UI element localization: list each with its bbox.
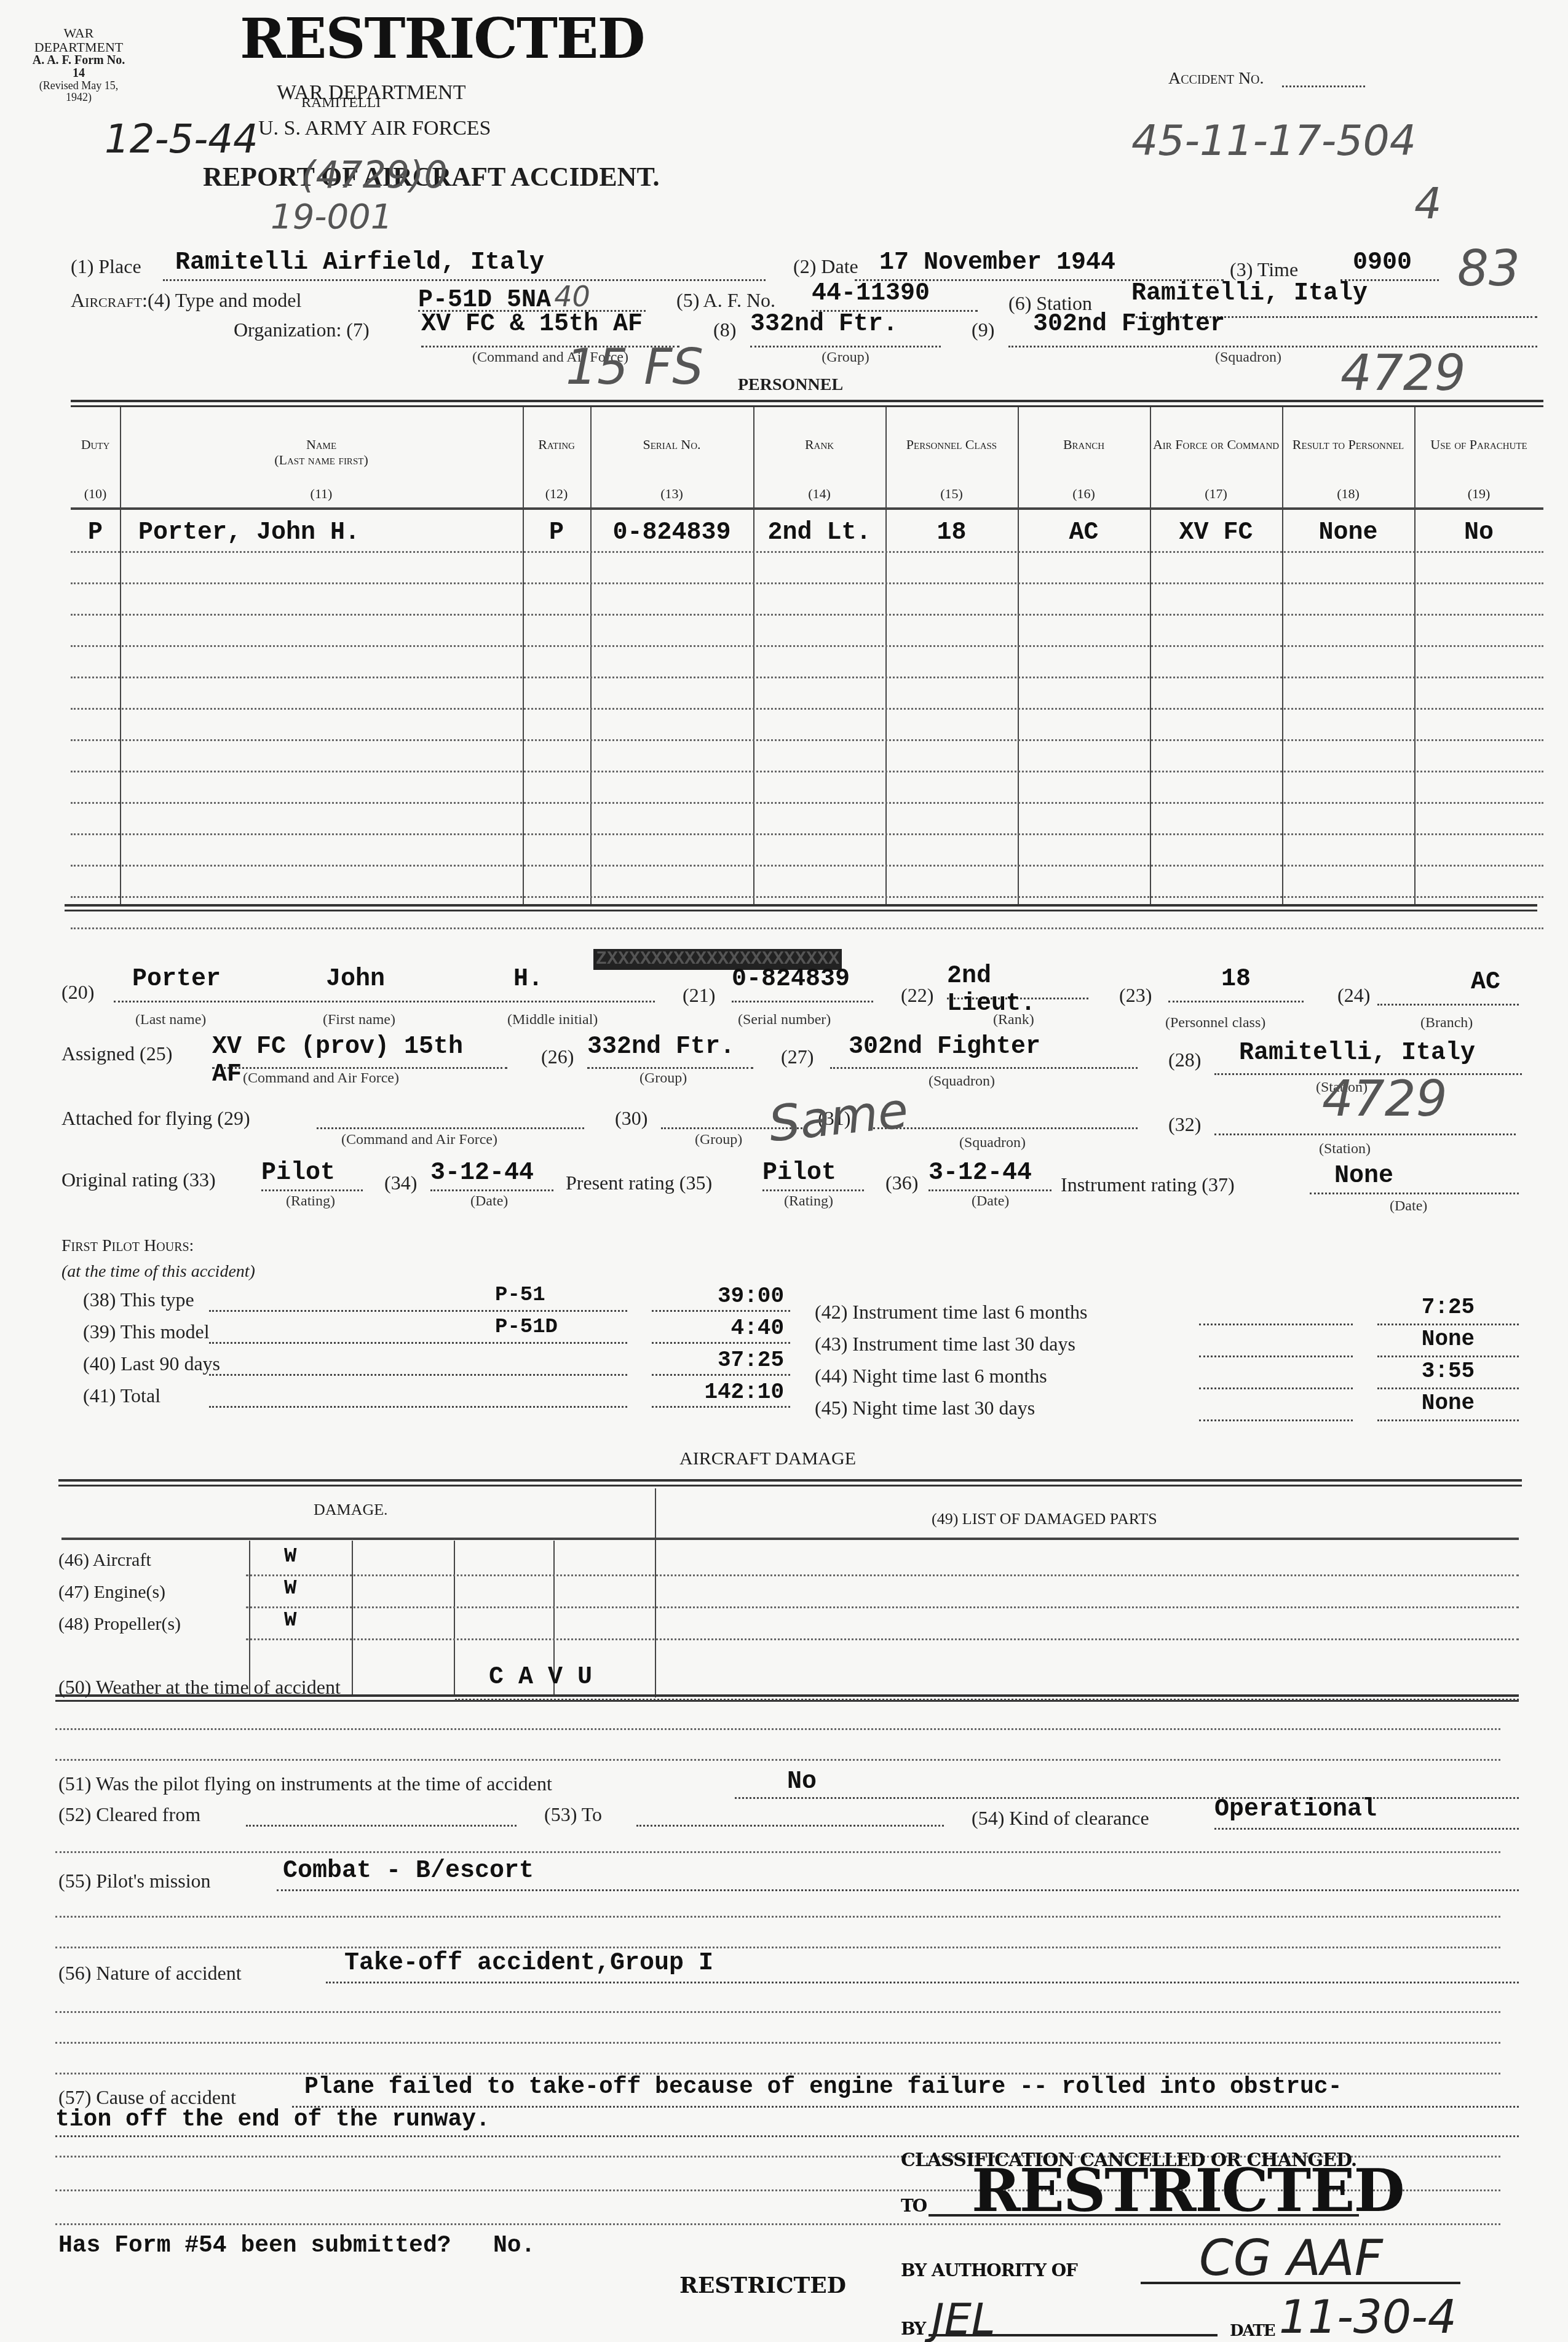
- instruments-value: No: [787, 1768, 817, 1796]
- hours-left-label: (41) Total: [83, 1384, 160, 1407]
- date-value: 17 November 1944: [879, 249, 1115, 277]
- af-no-label: (5) A. F. No.: [676, 289, 775, 312]
- orig-rating-field[interactable]: Pilot: [261, 1159, 363, 1191]
- damage-title: AIRCRAFT DAMAGE: [679, 1448, 856, 1469]
- damage-row-rule: [246, 1606, 1519, 1608]
- personnel-column-divider: [1282, 407, 1283, 904]
- station-value: Ramitelli, Italy: [1131, 280, 1368, 308]
- personnel-column-header: Duty: [71, 437, 120, 452]
- personnel-column-divider: [523, 407, 524, 904]
- personnel-row-rule: [71, 708, 1543, 710]
- hours-left-label: (40) Last 90 days: [83, 1352, 220, 1375]
- instrument-rating-field[interactable]: None: [1310, 1162, 1519, 1194]
- assigned-station-value: Ramitelli, Italy: [1239, 1039, 1475, 1067]
- hours-right-value: None: [1422, 1391, 1475, 1416]
- weather-field[interactable]: C A V U: [455, 1664, 1519, 1701]
- by-label: BY: [901, 2319, 925, 2339]
- time-value: 0900: [1353, 249, 1412, 277]
- rule: [55, 2011, 1500, 2013]
- personnel-column-number: (13): [590, 486, 753, 501]
- sub-serial: (Serial number): [738, 1012, 831, 1028]
- personnel-row-rule: [71, 582, 1543, 584]
- personnel-column-number: (15): [885, 486, 1018, 501]
- damage-col-2: [352, 1541, 353, 1694]
- group-field[interactable]: 332nd Ftr.: [750, 311, 941, 347]
- assigned-group-field[interactable]: 332nd Ftr.: [587, 1033, 753, 1069]
- hours-left-value: 37:25: [718, 1348, 784, 1373]
- personnel-column-divider: [1150, 407, 1151, 904]
- personnel-column-divider: [753, 407, 754, 904]
- serial-field[interactable]: 0-824839: [732, 966, 873, 1002]
- aircraft-label: Aircraft:: [71, 289, 148, 312]
- type-hand: 40: [554, 280, 590, 313]
- personnel-row-rule: [71, 677, 1543, 678]
- personnel-row-rule: [71, 645, 1543, 647]
- hours-left-label: (38) This type: [83, 1288, 194, 1311]
- handwritten-fs: 15 FS: [566, 338, 703, 395]
- hours-left-value: 4:40: [731, 1316, 784, 1341]
- rank-field[interactable]: 2nd Lieut.: [947, 963, 1088, 999]
- orig-date-label: (34): [384, 1172, 417, 1194]
- authority-label: BY AUTHORITY OF: [901, 2260, 1077, 2280]
- rule: [55, 1759, 1500, 1761]
- personnel-cell[interactable]: 18: [885, 519, 1018, 547]
- hours-left-dots: [209, 1327, 627, 1344]
- restricted-stamp-bottom: RESTRICTED: [679, 2273, 846, 2298]
- serial-value: 0-824839: [732, 966, 850, 993]
- cause-field-line1[interactable]: Plane failed to take-off because of engi…: [292, 2074, 1519, 2108]
- present-date-value: 3-12-44: [929, 1159, 1032, 1187]
- present-date-label: (36): [885, 1172, 918, 1194]
- sub-assigned-squadron: (Squadron): [929, 1073, 995, 1090]
- orig-rating-value: Pilot: [261, 1159, 335, 1187]
- instrument-rating-value: None: [1334, 1162, 1393, 1190]
- nature-field[interactable]: Take-off accident,Group I: [326, 1950, 1519, 1983]
- handwritten-accident-no: 45-11-17-504: [1131, 117, 1416, 165]
- handwritten-ref1: (4729)0: [301, 154, 448, 197]
- to-field[interactable]: [636, 1805, 944, 1827]
- assigned-squadron-field[interactable]: 302nd Fighter: [830, 1033, 1138, 1069]
- attached-command-field[interactable]: [317, 1107, 584, 1129]
- hours-left-dots: [209, 1359, 627, 1376]
- personnel-column-header: Air Force or Command: [1150, 437, 1282, 452]
- to-line: [929, 2214, 1359, 2217]
- instruments-field[interactable]: No: [735, 1768, 1519, 1799]
- personnel-cell[interactable]: XV FC: [1150, 519, 1282, 547]
- branch-label: (24): [1337, 984, 1370, 1007]
- sub-last-name: (Last name): [135, 1012, 206, 1028]
- personnel-cell[interactable]: No: [1414, 519, 1543, 547]
- handwritten-same: Same: [766, 1081, 911, 1153]
- time-field[interactable]: 0900: [1340, 249, 1439, 281]
- form-id-block: WAR DEPARTMENT A. A. F. Form No. 14 (Rev…: [30, 26, 128, 103]
- rank-value: 2nd Lieut.: [947, 963, 1035, 1018]
- personnel-column-divider: [590, 407, 592, 904]
- sub-assigned-command: (Command and Air Force): [243, 1070, 399, 1087]
- personnel-row-rule: [71, 739, 1543, 741]
- sub-attached-station: (Station): [1319, 1141, 1371, 1157]
- present-rating-value: Pilot: [762, 1159, 836, 1187]
- attached-squadron-field[interactable]: [873, 1107, 1138, 1129]
- assigned-group-value: 332nd Ftr.: [587, 1033, 735, 1061]
- damage-row-value[interactable]: W: [284, 1545, 296, 1568]
- orig-date-field[interactable]: 3-12-44: [430, 1159, 553, 1191]
- attached-30-label: (30): [615, 1107, 647, 1130]
- rule: [55, 1728, 1500, 1730]
- hours-left-value: 142:10: [704, 1379, 784, 1405]
- cause-field-line2[interactable]: tion off the end of the runway.: [55, 2106, 1519, 2137]
- weather-value: C A V U: [489, 1664, 592, 1691]
- class-value: 18: [1221, 966, 1251, 993]
- squadron-value: 302nd Fighter: [1033, 311, 1225, 338]
- cleared-from-label: (52) Cleared from: [58, 1803, 200, 1826]
- clearance-label: (54) Kind of clearance: [972, 1807, 1149, 1830]
- branch-value: AC: [1471, 969, 1500, 996]
- last-name-value: Porter: [132, 966, 221, 993]
- sub-rank: (Rank): [993, 1012, 1034, 1028]
- attached-label: Attached for flying (29): [61, 1107, 250, 1130]
- personnel-column-header: Serial No.: [590, 437, 753, 452]
- hours-right-dots: [1199, 1340, 1353, 1357]
- personnel-column-divider: [885, 407, 887, 904]
- accident-no-label: Accident No.: [1168, 69, 1264, 89]
- instruments-label: (51) Was the pilot flying on instruments…: [58, 1772, 552, 1795]
- authority-signature: CG AAF: [1199, 2229, 1383, 2287]
- form-revised: (Revised May 15, 1942): [30, 80, 128, 103]
- rule: [55, 1916, 1500, 1918]
- nature-label: (56) Nature of accident: [58, 1962, 242, 1985]
- form-number: A. A. F. Form No. 14: [30, 54, 128, 80]
- hours-right-value-field[interactable]: None: [1377, 1327, 1519, 1357]
- hours-left-dots: [209, 1391, 627, 1408]
- damage-row-value[interactable]: W: [284, 1577, 296, 1600]
- hours-right-label: (43) Instrument time last 30 days: [815, 1333, 1075, 1356]
- sub-instrument-date: (Date): [1390, 1198, 1427, 1215]
- squadron-sub: (Squadron): [1162, 349, 1334, 366]
- clearance-value: Operational: [1214, 1796, 1377, 1824]
- hours-right-label: (45) Night time last 30 days: [815, 1397, 1035, 1419]
- personnel-column-divider: [1018, 407, 1019, 904]
- rule: [55, 2042, 1500, 2044]
- hours-right-value: None: [1422, 1327, 1475, 1352]
- personnel-top-border: [71, 400, 1543, 407]
- hours-right-value: 3:55: [1422, 1359, 1475, 1384]
- damage-row-label: (48) Propeller(s): [58, 1614, 181, 1635]
- group-label: (8): [713, 319, 736, 341]
- personnel-column-number: (10): [71, 486, 120, 501]
- form54-question: Has Form #54 been submitted? No.: [58, 2233, 535, 2259]
- personnel-cell[interactable]: P: [71, 519, 120, 547]
- restricted-stamp-top: RESTRICTED: [240, 6, 644, 71]
- sub-first-name: (First name): [323, 1012, 395, 1028]
- parts-header: (49) LIST OF DAMAGED PARTS: [932, 1510, 1157, 1528]
- mission-field[interactable]: Combat - B/escort: [277, 1857, 1519, 1891]
- assigned-squadron-label: (27): [781, 1046, 814, 1068]
- sub-middle: (Middle initial): [507, 1012, 598, 1028]
- orig-rating-label: Original rating (33): [61, 1169, 216, 1191]
- by-line: [929, 2334, 1218, 2336]
- personnel-cell[interactable]: None: [1282, 519, 1414, 547]
- damage-top-border: [58, 1479, 1522, 1487]
- personnel-column-number: (12): [523, 486, 590, 501]
- command-value: XV FC & 15th AF: [421, 311, 643, 338]
- weather-label: (50) Weather at the time of accident: [58, 1676, 341, 1699]
- handwritten-ref2: 19-001: [271, 197, 392, 237]
- cause-value-line1: Plane failed to take-off because of engi…: [304, 2074, 1342, 2100]
- personnel-column-number: (18): [1282, 486, 1414, 501]
- personnel-column-number: (16): [1018, 486, 1150, 501]
- handwritten-date: 12-5-44: [105, 117, 258, 162]
- af-no-value: 44-11390: [812, 280, 930, 308]
- personnel-cell[interactable]: Porter, John H.: [120, 519, 523, 547]
- personnel-column-header: Personnel Class: [885, 437, 1018, 452]
- hours-left-value-field[interactable]: 37:25: [652, 1348, 790, 1376]
- hours-right-value-field[interactable]: None: [1377, 1391, 1519, 1421]
- hours-subtitle: (at the time of this accident): [61, 1262, 255, 1282]
- personnel-column-header: Use of Parachute: [1414, 437, 1543, 452]
- place-label: (1) Place: [71, 255, 141, 278]
- personnel-column-header: Rating: [523, 437, 590, 452]
- hours-right-dots: [1199, 1404, 1353, 1421]
- service-heading: U. S. ARMY AIR FORCES: [258, 117, 491, 140]
- group-value: 332nd Ftr.: [750, 311, 898, 338]
- sub-orig-rating: (Rating): [286, 1193, 335, 1210]
- damage-row-rule: [246, 1638, 1519, 1640]
- personnel-column-header: Rank: [753, 437, 885, 452]
- hours-right-value: 7:25: [1422, 1295, 1475, 1320]
- branch-field[interactable]: AC: [1377, 969, 1519, 1006]
- date-field[interactable]: 17 November 1944: [855, 249, 1224, 281]
- hours-right-dots: [1199, 1372, 1353, 1389]
- personnel-row-rule: [71, 614, 1543, 616]
- orig-date-value: 3-12-44: [430, 1159, 534, 1187]
- assigned-label: Assigned (25): [61, 1042, 172, 1065]
- date-label-footer: DATE: [1230, 2322, 1274, 2340]
- personnel-row-rule: [71, 551, 1543, 553]
- damage-row-label: (46) Aircraft: [58, 1550, 151, 1571]
- rule: [55, 1947, 1500, 1948]
- personnel-header-rule: [71, 507, 1543, 510]
- organization-label: Organization: (7): [234, 319, 370, 341]
- hours-left-dots: [209, 1295, 627, 1312]
- sub-attached-command: (Command and Air Force): [341, 1132, 497, 1148]
- damage-header: DAMAGE.: [314, 1501, 388, 1519]
- personnel-column-number: (11): [120, 486, 523, 501]
- serial-label: (21): [683, 984, 715, 1007]
- date-signature: 11-30-4: [1279, 2291, 1457, 2342]
- instrument-rating-label: Instrument rating (37): [1061, 1173, 1235, 1196]
- damage-col-1: [249, 1541, 250, 1694]
- cause-label: (57) Cause of accident: [58, 2086, 236, 2109]
- personnel-column-number: (17): [1150, 486, 1282, 501]
- hours-right-dots: [1199, 1308, 1353, 1325]
- cause-value-line2: tion off the end of the runway.: [55, 2106, 490, 2133]
- personnel-column-header: Result to Personnel: [1282, 437, 1414, 452]
- present-rating-label: Present rating (35): [566, 1172, 712, 1194]
- mission-label: (55) Pilot's mission: [58, 1870, 211, 1892]
- hours-left-value-field[interactable]: 4:40: [652, 1316, 790, 1344]
- nature-value: Take-off accident,Group I: [344, 1950, 713, 1977]
- class-label: (23): [1119, 984, 1152, 1007]
- personnel-column-divider: [1414, 407, 1416, 904]
- rank-label: (22): [901, 984, 933, 1007]
- damage-header-rule: [61, 1538, 1519, 1540]
- type-field[interactable]: P-51D 5NA 40: [418, 280, 646, 312]
- hours-right-value-field[interactable]: 3:55: [1377, 1359, 1519, 1389]
- mission-value: Combat - B/escort: [283, 1857, 534, 1885]
- assigned-group-label: (26): [541, 1046, 574, 1068]
- handwritten-4729: 4729: [1322, 1070, 1447, 1127]
- personnel-title: PERSONNEL: [738, 375, 843, 395]
- cleared-from-field[interactable]: [246, 1805, 517, 1827]
- sub-attached-group: (Group): [695, 1132, 742, 1148]
- clearance-field[interactable]: Operational: [1214, 1796, 1519, 1830]
- hours-right-label: (42) Instrument time last 6 months: [815, 1301, 1088, 1324]
- hours-right-value-field[interactable]: 7:25: [1377, 1295, 1519, 1325]
- personnel-row-rule: [71, 896, 1543, 898]
- hours-left-value: 39:00: [718, 1284, 784, 1309]
- personnel-cell[interactable]: P: [523, 519, 590, 547]
- form-dept: WAR DEPARTMENT: [30, 26, 128, 54]
- group-sub: (Group): [750, 349, 941, 366]
- handwritten-page: 4: [1414, 178, 1442, 229]
- sub-assigned-group: (Group): [639, 1070, 687, 1087]
- attached-32-label: (32): [1168, 1113, 1201, 1136]
- personnel-cell[interactable]: 2nd Lt.: [753, 519, 885, 547]
- middle-initial-value: H.: [513, 966, 543, 993]
- accident-no-field[interactable]: [1282, 80, 1365, 87]
- personnel-row-rule: [71, 865, 1543, 867]
- sub-present-date: (Date): [972, 1193, 1009, 1210]
- to-label: (53) To: [544, 1803, 602, 1826]
- sub-class: (Personnel class): [1165, 1015, 1265, 1031]
- sub-orig-date: (Date): [470, 1193, 508, 1210]
- handwritten-squadron-code: 4729: [1340, 344, 1466, 402]
- personnel-row-rule: [71, 802, 1543, 804]
- assigned-command-field[interactable]: XV FC (prov) 15th AF: [212, 1033, 507, 1069]
- hours-left-value-field[interactable]: 142:10: [652, 1379, 790, 1408]
- damage-row-label: (47) Engine(s): [58, 1582, 165, 1603]
- personnel-bottom-border: [65, 904, 1537, 911]
- present-date-field[interactable]: 3-12-44: [929, 1159, 1051, 1191]
- personnel-cell[interactable]: AC: [1018, 519, 1150, 547]
- pilot-label-20: (20): [61, 981, 94, 1004]
- present-rating-field[interactable]: Pilot: [762, 1159, 864, 1191]
- dept-overprint: RAMITELLI: [301, 95, 381, 111]
- squadron-label: (9): [972, 319, 994, 341]
- squadron-field[interactable]: 302nd Fighter: [1008, 311, 1537, 347]
- hours-right-label: (44) Night time last 6 months: [815, 1365, 1047, 1387]
- time-label: (3) Time: [1230, 258, 1298, 281]
- first-name-value: John: [326, 966, 385, 993]
- place-value: Ramitelli Airfield, Italy: [175, 249, 544, 277]
- personnel-column-header: Name (Last name first): [120, 437, 523, 468]
- personnel-row-rule: [71, 771, 1543, 772]
- date-label: (2) Date: [793, 255, 858, 278]
- af-no-field[interactable]: 44-11390: [812, 280, 978, 312]
- personnel-column-divider: [120, 407, 121, 904]
- sub-attached-squadron: (Squadron): [959, 1135, 1026, 1151]
- hours-left-value-field[interactable]: 39:00: [652, 1284, 790, 1312]
- personnel-cell[interactable]: 0-824839: [590, 519, 753, 547]
- assigned-station-label: (28): [1168, 1049, 1201, 1071]
- authority-line: [1141, 2282, 1460, 2284]
- personnel-column-number: (19): [1414, 486, 1543, 501]
- type-label: (4) Type and model: [148, 289, 301, 312]
- sub-present-rating: (Rating): [784, 1193, 833, 1210]
- class-field[interactable]: 18: [1168, 966, 1304, 1002]
- personnel-column-header: Branch: [1018, 437, 1150, 452]
- last-name-field[interactable]: Porter John H.: [114, 966, 655, 1002]
- personnel-row-rule: [71, 833, 1543, 835]
- damage-row-rule: [246, 1574, 1519, 1576]
- hours-left-model[interactable]: P-51D: [495, 1316, 558, 1339]
- assigned-squadron-value: 302nd Fighter: [849, 1033, 1040, 1061]
- hours-left-label: (39) This model: [83, 1320, 210, 1343]
- personnel-column-number: (14): [753, 486, 885, 501]
- sub-branch: (Branch): [1420, 1015, 1473, 1031]
- personnel-row-rule: [71, 927, 1543, 929]
- damage-row-value[interactable]: W: [284, 1609, 296, 1632]
- hours-title: First Pilot Hours:: [61, 1236, 194, 1256]
- place-field[interactable]: Ramitelli Airfield, Italy: [163, 249, 766, 281]
- to-label: TO: [901, 2196, 926, 2216]
- rule: [55, 1851, 1500, 1853]
- hours-left-model[interactable]: P-51: [495, 1284, 545, 1307]
